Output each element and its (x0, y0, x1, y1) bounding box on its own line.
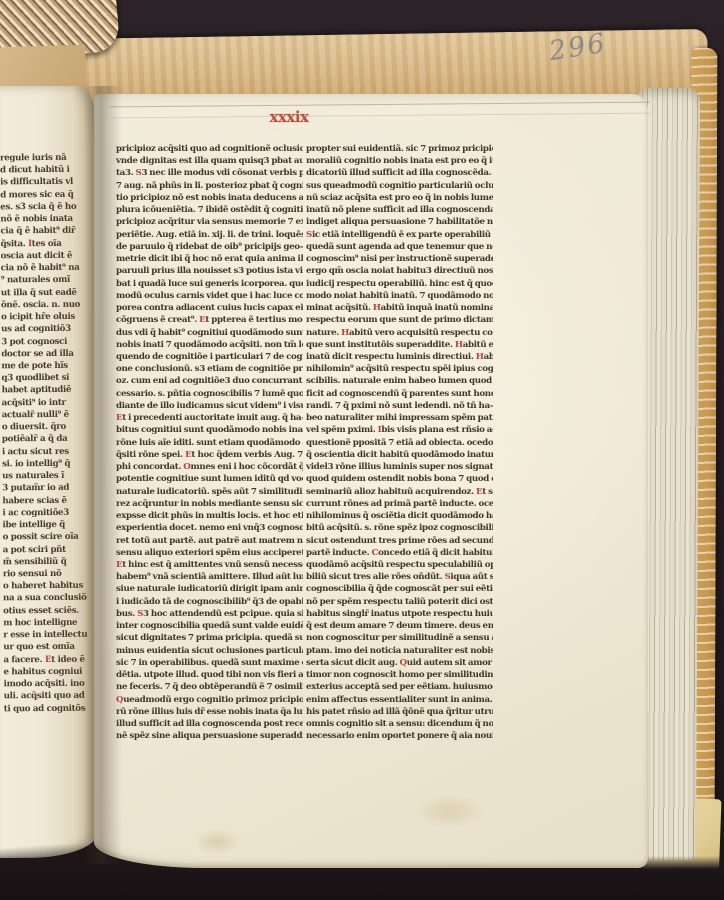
text-line: is difficultatis vl (0, 176, 88, 189)
text-line: si. io intellig⁹ q̃ (2, 458, 90, 471)
text-line: r esse in intellectu (3, 629, 91, 642)
text-line: omnis cognitio sit a sensu: dicendum q̃ … (306, 718, 493, 730)
text-line: me de pote hĩs (1, 360, 89, 373)
text-line: moraliũ cognitio nobis inata est pro eo … (306, 155, 493, 167)
text-line: habitus singlr̃ inatus utpote respectu h… (306, 608, 493, 620)
text-line: ne feceris. 7 q̃ deo obtẽperandũ ẽ 7 osi… (116, 681, 303, 693)
text-line: na a sua conclusiõ (3, 592, 91, 605)
text-line: videl3 rõne illius luminis super nos sig… (306, 461, 493, 473)
text-line: rõne luis aĩe iditi. sunt etiam quodãmod… (116, 437, 303, 449)
text-line: bus. S3 hoc attendendũ est pcipue. quia … (116, 608, 303, 620)
text-line: diante de illo iudicamus sicut videm⁹ i … (116, 400, 303, 412)
text-line: questionẽ ppositã 7 etiã ad obiecta. oce… (306, 437, 493, 449)
text-line: vnde dignitas est illa quam quisq3 pbat … (116, 155, 303, 167)
text-line: exterius acceptã sed per eẽtiam. huiusmo… (306, 681, 493, 693)
text-line: inter cognoscibilia quedã sunt valde eui… (116, 620, 303, 632)
page-stain (194, 829, 240, 855)
text-line: i ac cognitiõe3 (2, 506, 90, 519)
text-line: ficit ad cognoscendũ q̃ parentes sunt ho… (306, 388, 493, 400)
text-line: naturale iudicatoriũ. spẽs aũt 7 similit… (116, 486, 303, 498)
text-line: cessario. s. pñtia cognoscibilis 7 lumẽ … (116, 388, 303, 400)
text-line: de paruulo q̃ ridebat de oib⁹ pricipijs … (116, 241, 303, 253)
text-line: habem⁹ vnã scientiã amittere. Illud aũt … (116, 571, 303, 583)
text-line: o possit scire oĩa (3, 531, 91, 544)
text-line: iudicij respectu operabiliũ. hinc est q̃… (306, 278, 493, 290)
text-line: inatũ nõ plene sufficit ad illa cognosce… (306, 204, 493, 216)
text-line: plura icõueniẽtia. 7 ibidẽ ostẽdit q̃ co… (116, 204, 303, 216)
text-line: minus euidentia sicut oclusiones particu… (116, 645, 303, 657)
text-line: currunt rõnes ad primã partẽ inducte. oc… (306, 498, 493, 510)
text-line: indiget aliqua persuasione 7 habilitatõe… (306, 216, 493, 228)
text-line: nẽ spẽz sine aliqua persuasione superadd… (116, 730, 303, 742)
text-line: uli. acq̃siti quo ad (4, 690, 92, 703)
text-line: Sic etiã intelligendũ ẽ ex parte operabi… (306, 229, 493, 241)
facing-page-sliver: regule iuris nãd dicut habitũ iis diffic… (0, 86, 98, 858)
text-line: us ad cognitiõ3 (1, 323, 89, 336)
text-line: dus vdi q̃ habit⁹ cognitiui quodãmodo su… (116, 327, 303, 339)
text-line: one conclusionũ. s3 etiam de cognitiõe p… (116, 363, 303, 375)
text-line: rio sensui nõ (3, 568, 91, 581)
text-line: his patet rñsio ad illã q̃õnẽ qua q̃ritu… (306, 706, 493, 718)
text-line: serta sicut dicit aug. Quid autem sit am… (306, 657, 493, 669)
main-page: xxxix 296 pricipioz acq̃siti quo ad cogn… (94, 94, 648, 868)
text-line: sensu aliquo exteriori spẽm eius acciper… (116, 547, 303, 559)
text-line: nature. Habitũ vero acquisitũ respectu c… (306, 327, 493, 339)
text-line: periẽtie. Aug. etiã in. xij. li. de trin… (116, 229, 303, 241)
text-line: siue naturale iudicatoriũ dirigit ipam a… (116, 583, 303, 595)
text-line: acq̃siti⁹ io intr (2, 396, 90, 409)
text-line: quodãmõ acq̃sitũ respectu speculabiliũ o… (306, 559, 493, 571)
text-line: expsse dicit phũs in multis locis. et ho… (116, 510, 303, 522)
text-line: potiẽalr̃ a q̃ da (2, 433, 90, 446)
text-line: oscia aut dicit ẽ (1, 250, 89, 263)
text-line: o diuersit. q̃ro (2, 421, 90, 434)
text-line: actualr̃ nulli⁹ ẽ (2, 409, 90, 422)
text-line: q̃siti rõne spei. Et hoc q̃dem verbis Au… (116, 449, 303, 461)
text-line: quedã sunt agenda ad que tenemur que non (306, 241, 493, 253)
text-line: scibilis. naturale enim habeo lumen quod… (306, 375, 493, 387)
text-line: i iudicãdo tã de cognoscibilib⁹ q̃3 de o… (116, 596, 303, 608)
text-line: nobis inati 7 quodãmodo acq̃siti. non tm… (116, 339, 303, 351)
text-line: potentie cognitiue sunt lumen iditũ qd v… (116, 473, 303, 485)
text-line: metrie dicit ibi q̃ hoc nõ erat quia ani… (116, 253, 303, 265)
text-line: necessario enim oportet ponere q̃ aia no… (306, 730, 493, 742)
text-line: q̃ est deum amare 7 deum timere. deus en… (306, 620, 493, 632)
text-line: beo naturaliter mihi impressam spẽm patr… (306, 412, 493, 424)
text-line: modũ oculus carnis videt que i hac luce … (116, 290, 303, 302)
text-line: Et i precedenti auctoritate inuit aug. q… (116, 412, 303, 424)
text-line: phi concordat. Omnes eni i hoc cõcordãt … (116, 461, 303, 473)
text-line: doctor se ad illa (1, 347, 89, 360)
text-line: experientia docet. nemo eni vnq̃3 cognos… (116, 522, 303, 534)
text-line: illud sufficit ad illa cognoscenda post … (116, 718, 303, 730)
text-line: cognoscibilia q̃ q̃de cognoscãt per sui … (306, 583, 493, 595)
text-line: d dicut habitũ i (0, 164, 88, 177)
text-line: cõgruens ẽ creat⁹. Et ppterea ẽ tertius … (116, 314, 303, 326)
text-line: q3 quodlibet si (1, 372, 89, 385)
text-line: paruuli prius illa nouisset s3 potius is… (116, 265, 303, 277)
text-line: rez acq̃runtur in nobis mediante sensu s… (116, 498, 303, 510)
text-line: es. s3 scia q̃ ẽ ho (0, 201, 88, 214)
text-line: ta3. S3 nec ille modus vdi cõsonat verbi… (116, 167, 303, 179)
text-line: m hoc intelligne (3, 617, 91, 630)
text-line: o icipit hr̃e oluis (1, 311, 89, 324)
text-line: respectu eorum que sunt de primo dictami… (306, 314, 493, 326)
text-line: tio pricipioz nõ est nobis inata deducen… (116, 192, 303, 204)
text-line: ur quo est omĩa (3, 641, 91, 654)
text-line: dicatoriũ illud sufficit ad illa cognosc… (306, 167, 493, 179)
text-line: d mores sic ea q̃ (0, 188, 88, 201)
text-line: modo noiat habitũ inatũ. 7 quodãmodo no- (306, 290, 493, 302)
text-line: bat i quadã luce sui generis icorporea. … (116, 278, 303, 290)
text-line: nõ ẽ nobis inata (0, 213, 88, 226)
text-line: habet aptitudiẽ (2, 384, 90, 397)
page-stain (414, 794, 484, 828)
text-line: minat acq̃sitũ. Habitũ inquã inatũ nomin… (306, 302, 493, 314)
text-line: m̃ sensibiliũ q̃ (3, 555, 91, 568)
text-line: Queadmodũ ergo cognitio primoz pricipio (116, 694, 303, 706)
text-line: porea contra adiacent cuius lucis capax … (116, 302, 303, 314)
text-line: que sunt institutõis superaddite. Habitũ… (306, 339, 493, 351)
text-line: rũ rõne illius luis dr̃ esse nobis inata… (116, 706, 303, 718)
text-line: otius esset sciẽs. (3, 604, 91, 617)
text-line: imodo acq̃siti. ino (4, 678, 92, 691)
text-line: regule iuris nã (0, 152, 88, 165)
text-line: sicut ostendunt tres prime rões ad secun… (306, 535, 493, 547)
text-line: i actu sicut res (2, 445, 90, 458)
text-line: seminariũ alioz habituũ acquirendoz. Et … (306, 486, 493, 498)
text-line: ergo qm̃ oscia noiat habitu3 directiuũ n… (306, 265, 493, 277)
text-line: quod quidem ostendit nobis bona 7 quod e… (306, 473, 493, 485)
text-line: 7 aug. nã phũs in li. posterioz pbat q̃ … (116, 180, 303, 192)
text-line: nõ per spẽm respectu taliũ poterit dici … (306, 596, 493, 608)
text-line: quendo de cognitiõe i particulari 7 de c… (116, 351, 303, 363)
text-line: 3 putam̃r io ad (2, 482, 90, 495)
text-line: nihilominus q̃ osciẽtia dicit quodãmodo … (306, 510, 493, 522)
text-line: enim affectus essentialiter sunt in anim… (306, 694, 493, 706)
text-line: ut illa q̃ sut eadẽ (1, 286, 89, 299)
text-line: bitus cognitiui sunt quodãmodo nobis ina… (116, 424, 303, 436)
text-line: sicut dignitates 7 prima pricipia. quedã… (116, 632, 303, 644)
text-line: ptam. imo dei noticia naturaliter est no… (306, 645, 493, 657)
right-text-column: propter sui euidentiã. sic 7 primoz pric… (306, 143, 493, 745)
text-line: ti quo ad cognitõs (4, 702, 92, 715)
text-line: a facere. Et ideo ẽ (3, 653, 91, 666)
text-line: cia q̃ ẽ habit⁹ dir̃ (0, 225, 88, 238)
text-line: sus queadmodũ cognitio particulariũ oclu… (306, 180, 493, 192)
text-line: propter sui euidentiã. sic 7 primoz pric… (306, 143, 493, 155)
text-line: biliũ sicut tres alie rões oñdũt. Siqua … (306, 571, 493, 583)
text-line: o haberet habitus (3, 580, 91, 593)
text-line: cia nõ ẽ habit⁹ na (1, 262, 89, 275)
text-line: pricipioz acq̃siti quo ad cognitionẽ ocl… (116, 143, 303, 155)
text-line: pricipioz acq̃ritur via sensus memorie 7… (116, 216, 303, 228)
text-line: randi. 7 q̃ pximi nõ sunt ledendi. nõ tñ… (306, 400, 493, 412)
text-line: e habitus cogniui (3, 666, 91, 679)
text-line: ibe intellige q̃ (2, 519, 90, 532)
left-text-column: pricipioz acq̃siti quo ad cognitionẽ ocl… (116, 143, 303, 745)
text-line: dẽtia. utpote illud. quod tibi non vis f… (116, 669, 303, 681)
text-line: bitũ acq̃sitũ. s. rõne spẽz ipoz cognosc… (306, 522, 493, 534)
text-line: ⁹ naturales omĩ (1, 274, 89, 287)
text-line: nihilomin⁹ acq̃sitũ respectu spẽi ipius … (306, 363, 493, 375)
text-line: q̃sita. Ites oĩa (1, 237, 89, 250)
incunable-book-photo: regule iuris nãd dicut habitũ iis diffic… (0, 0, 724, 900)
text-line: 3 pot cognosci (1, 335, 89, 348)
text-line: inatũ dicit respectu luminis directiui. … (306, 351, 493, 363)
text-line: timor non cognoscit homo per similitudin… (306, 669, 493, 681)
text-line: oz. cum eni ad cognitiõe3 duo concurrant… (116, 375, 303, 387)
text-line: sic 7 in operabilibus. quedã sunt maxime… (116, 657, 303, 669)
text-line: cognoscim⁹ nisi per instructionẽ superad… (306, 253, 493, 265)
text-line: vel spẽm pximi. Ibis visis plana est rñs… (306, 424, 493, 436)
text-line: partẽ inducte. Concedo etiã q̃ dicit hab… (306, 547, 493, 559)
text-line: habere scias ẽ (2, 494, 90, 507)
text-line: us naturales ĩ (2, 470, 90, 483)
text-line: non cognoscitur per similitudinẽ a sensu… (306, 632, 493, 644)
text-line: q̃ oscientia dicit habitũ quodãmodo inat… (306, 449, 493, 461)
text-line: nũ sciaz acq̃sita est pro eo q̃ in nobis… (306, 192, 493, 204)
text-line: a pot sciri pñt (3, 543, 91, 556)
text-line: Et hinc est q̃ amittentes vnũ sensũ nece… (116, 559, 303, 571)
facing-page-text-fragments: regule iuris nãd dicut habitũ iis diffic… (0, 152, 92, 753)
text-line: õnẽ. oscia. n. nuo (1, 299, 89, 312)
text-line: ret totũ aut partẽ. aut patrẽ aut matrem… (116, 535, 303, 547)
